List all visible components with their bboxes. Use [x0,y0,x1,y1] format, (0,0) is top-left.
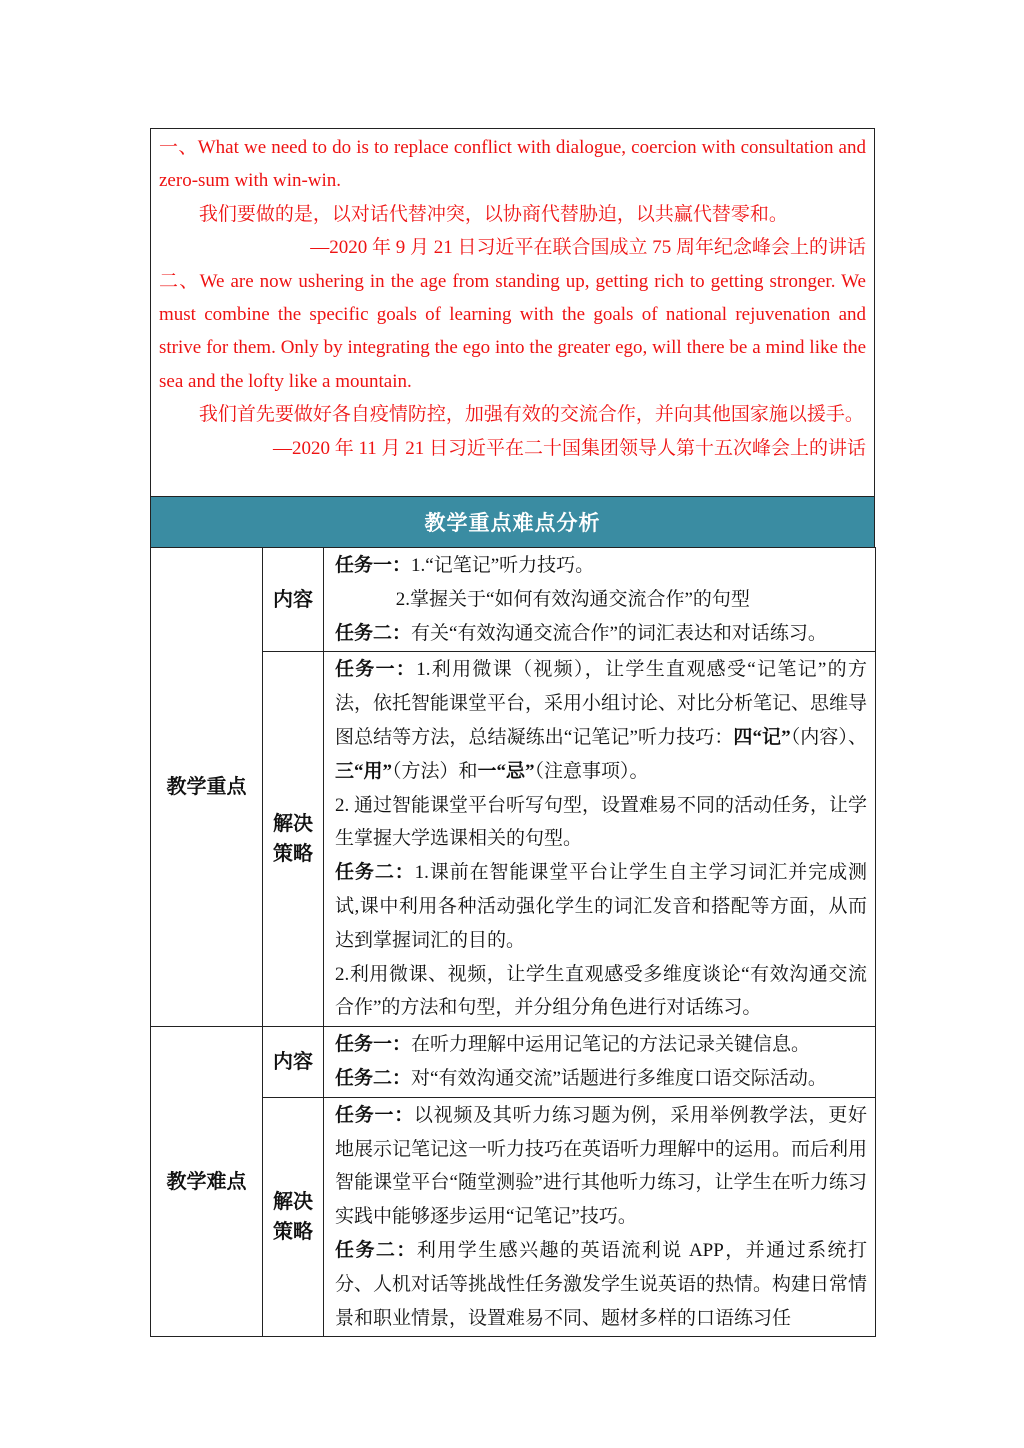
section-header-bar: 教学重点难点分析 [150,497,875,547]
paragraph: 任务二：有关“有效沟通交流合作”的词汇表达和对话练习。 [335,617,867,651]
quote-chinese-1: 我们要做的是，以对话代替冲突，以协商代替胁迫，以共赢代替零和。 [159,198,866,231]
paragraph: 2.利用微课、视频，让学生直观感受多维度谈论“有效沟通交流合作”的方法和句型，并… [335,958,867,1026]
paragraph: 2.掌握关于“如何有效沟通交流合作”的句型 [335,583,867,617]
paragraph: 任务二：利用学生感兴趣的英语流利说 APP，并通过系统打分、人机对话等挑战性任务… [335,1234,867,1335]
paragraph: 任务一：1.“记笔记”听力技巧。 [335,549,867,583]
document-page: 一、What we need to do is to replace confl… [0,0,1024,1448]
quote-attribution-2: —2020 年 11 月 21 日习近平在二十国集团领导人第十五次峰会上的讲话 [159,432,866,465]
analysis-table: 教学重点 内容 任务一：1.“记笔记”听力技巧。 2.掌握关于“如何有效沟通交流… [150,547,876,1337]
sub-label-strategy-difficulties: 解决策略 [263,1097,324,1337]
sub-label-content-difficulties: 内容 [263,1027,324,1098]
paragraph: 任务二：1.课前在智能课堂平台让学生自主学习词汇并完成测试,课中利用各种活动强化… [335,856,867,957]
quote-attribution-1: —2020 年 9 月 21 日习近平在联合国成立 75 周年纪念峰会上的讲话 [159,231,866,264]
paragraph: 任务一：1.利用微课（视频），让学生直观感受“记笔记”的方法，依托智能课堂平台，… [335,653,867,788]
cell-difficulties-content: 任务一：在听力理解中运用记笔记的方法记录关键信息。 任务二：对“有效沟通交流”话… [324,1027,876,1098]
lesson-plan-document: 一、What we need to do is to replace confl… [150,128,875,1337]
sub-label-strategy-keypoints: 解决策略 [263,652,324,1027]
quote-chinese-2: 我们首先要做好各自疫情防控，加强有效的交流合作，并向其他国家施以援手。 [159,398,866,431]
cell-keypoints-strategy: 任务一：1.利用微课（视频），让学生直观感受“记笔记”的方法，依托智能课堂平台，… [324,652,876,1027]
quotes-section: 一、What we need to do is to replace confl… [150,128,875,497]
row-label-teaching-difficulties: 教学难点 [151,1027,263,1337]
section-header-title: 教学重点难点分析 [425,507,601,537]
quote-english-1: 一、What we need to do is to replace confl… [159,131,866,198]
table-row: 教学难点 内容 任务一：在听力理解中运用记笔记的方法记录关键信息。 任务二：对“… [151,1027,876,1098]
sub-label-content-keypoints: 内容 [263,548,324,652]
row-label-teaching-key-points: 教学重点 [151,548,263,1027]
cell-difficulties-strategy: 任务一：以视频及其听力练习题为例，采用举例教学法，更好地展示记笔记这一听力技巧在… [324,1097,876,1337]
paragraph: 任务二：对“有效沟通交流”话题进行多维度口语交际活动。 [335,1062,867,1096]
table-row: 教学重点 内容 任务一：1.“记笔记”听力技巧。 2.掌握关于“如何有效沟通交流… [151,548,876,652]
paragraph: 2. 通过智能课堂平台听写句型，设置难易不同的活动任务，让学生掌握大学选课相关的… [335,789,867,857]
quote-english-2: 二、We are now ushering in the age from st… [159,265,866,399]
paragraph: 任务一：在听力理解中运用记笔记的方法记录关键信息。 [335,1028,867,1062]
paragraph: 任务一：以视频及其听力练习题为例，采用举例教学法，更好地展示记笔记这一听力技巧在… [335,1099,867,1234]
cell-keypoints-content: 任务一：1.“记笔记”听力技巧。 2.掌握关于“如何有效沟通交流合作”的句型 任… [324,548,876,652]
